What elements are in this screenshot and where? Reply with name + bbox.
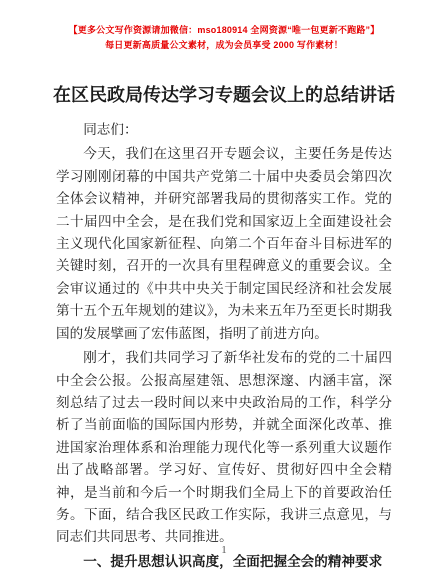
document-title: 在区民政局传达学习专题会议上的总结讲话 — [0, 83, 448, 107]
document-page: 【更多公文写作资源请加微信：mso180914 全网资源“唯一包更新不跑路”】 … — [0, 0, 448, 580]
document-body: 同志们： 今天，我们在这里召开专题会议，主要任务是传达学习刚刚闭幕的中国共产党第… — [56, 119, 392, 573]
body-paragraph-1: 今天，我们在这里召开专题会议，主要任务是传达学习刚刚闭幕的中国共产党第二十届中央… — [56, 143, 392, 345]
salutation: 同志们： — [56, 119, 392, 141]
ad-line-2: 每日更新高质量公文素材，成为会员享受 2000 写作素材！ — [0, 38, 448, 52]
body-paragraph-2: 刚才，我们共同学习了新华社发布的党的二十届四中全会公报。公报高屋建瓴、思想深邃、… — [56, 347, 392, 549]
page-number: 1 — [0, 544, 448, 556]
header-ad-block: 【更多公文写作资源请加微信：mso180914 全网资源“唯一包更新不跑路”】 … — [0, 0, 448, 52]
ad-line-1: 【更多公文写作资源请加微信：mso180914 全网资源“唯一包更新不跑路”】 — [0, 23, 448, 38]
